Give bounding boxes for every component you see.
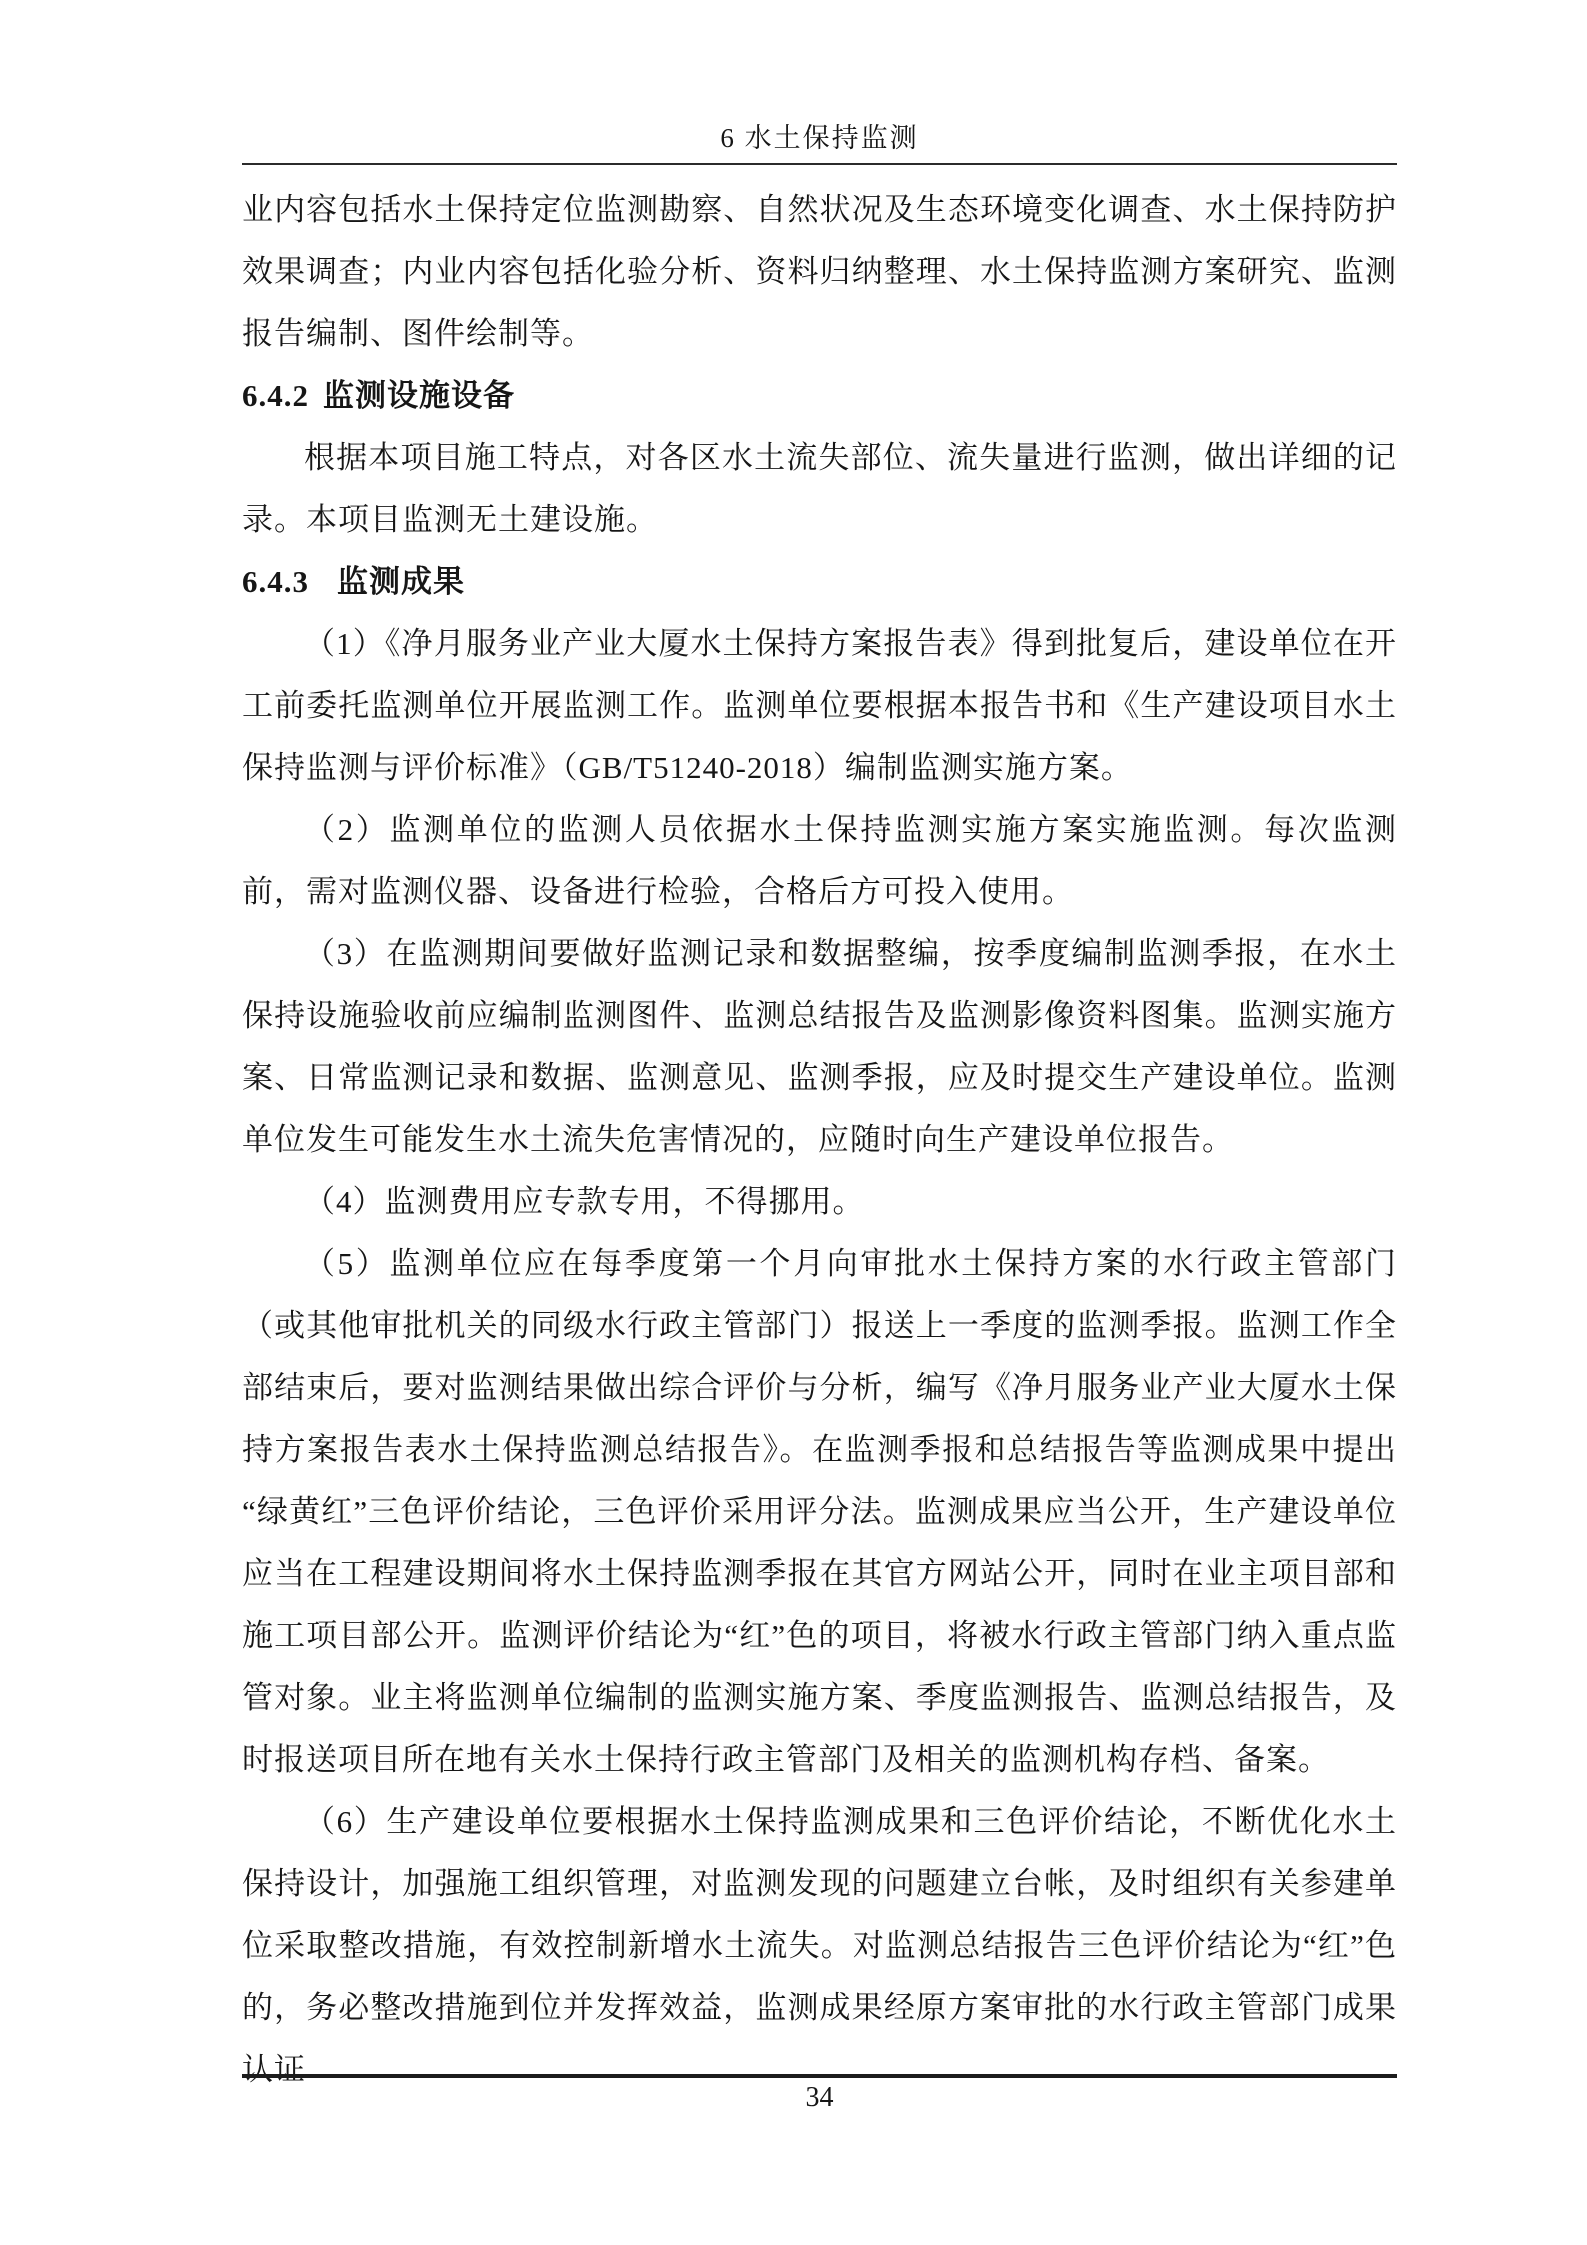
section-number: 6.4.3 <box>242 564 309 599</box>
section-heading-6-4-3: 6.4.3监测成果 <box>242 551 1397 613</box>
section-heading-6-4-2: 6.4.2监测设施设备 <box>242 365 1397 427</box>
paragraph: 根据本项目施工特点，对各区水土流失部位、流失量进行监测，做出详细的记录。本项目监… <box>242 427 1397 551</box>
page-number: 34 <box>242 2081 1397 2115</box>
paragraph-item-6: （6）生产建设单位要根据水土保持监测成果和三色评价结论，不断优化水土保持设计，加… <box>242 1791 1397 2101</box>
paragraph-item-3: （3）在监测期间要做好监测记录和数据整编，按季度编制监测季报，在水土保持设施验收… <box>242 923 1397 1171</box>
footer-rule <box>242 2074 1397 2078</box>
page-header: 6 水土保持监测 <box>242 118 1397 165</box>
paragraph-item-5: （5）监测单位应在每季度第一个月向审批水土保持方案的水行政主管部门（或其他审批机… <box>242 1233 1397 1791</box>
section-title: 监测设施设备 <box>323 378 515 413</box>
paragraph-item-4: （4）监测费用应专款专用，不得挪用。 <box>242 1171 1397 1233</box>
section-title: 监测成果 <box>337 564 465 599</box>
paragraph-item-1: （1）《净月服务业产业大厦水土保持方案报告表》得到批复后，建设单位在开工前委托监… <box>242 613 1397 799</box>
section-number: 6.4.2 <box>242 378 309 413</box>
paragraph-item-2: （2）监测单位的监测人员依据水土保持监测实施方案实施监测。每次监测前，需对监测仪… <box>242 799 1397 923</box>
document-body: 业内容包括水土保持定位监测勘察、自然状况及生态环境变化调查、水土保持防护效果调查… <box>242 179 1397 2101</box>
document-page: 6 水土保持监测 业内容包括水土保持定位监测勘察、自然状况及生态环境变化调查、水… <box>0 0 1587 2245</box>
chapter-title: 6 水土保持监测 <box>242 118 1397 158</box>
paragraph-continuation: 业内容包括水土保持定位监测勘察、自然状况及生态环境变化调查、水土保持防护效果调查… <box>242 179 1397 365</box>
